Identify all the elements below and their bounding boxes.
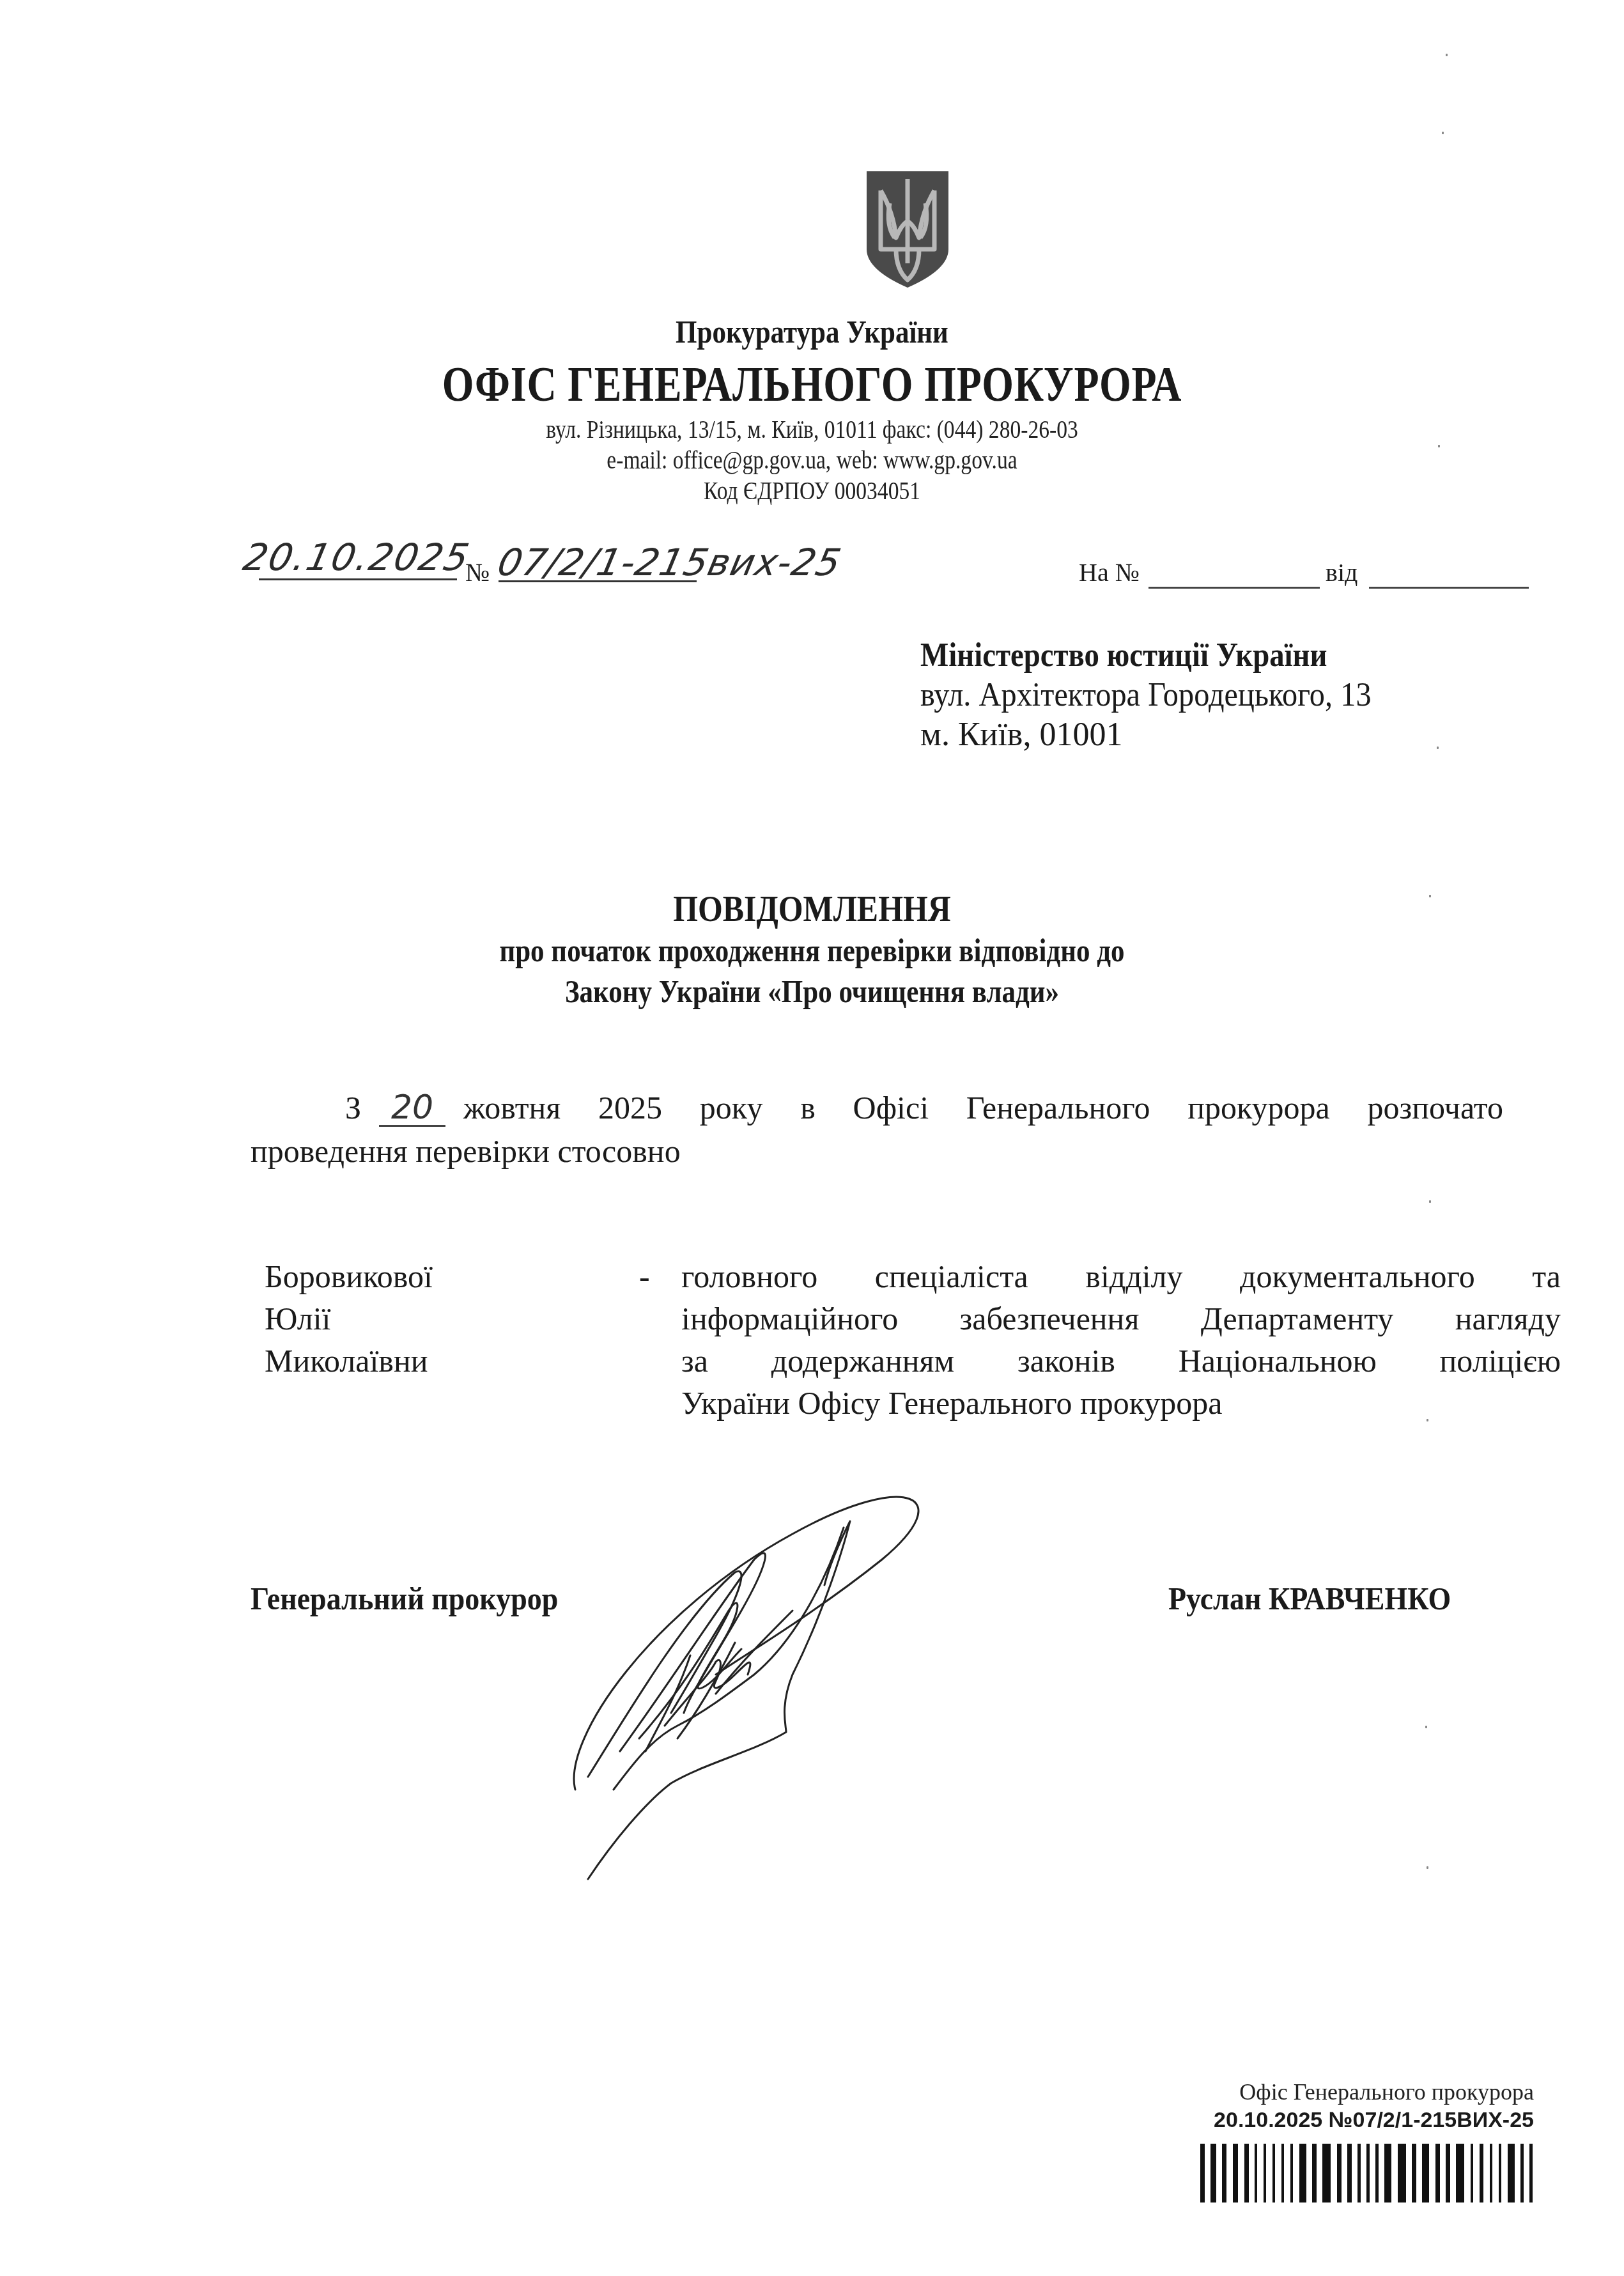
separator-dash: - bbox=[639, 1258, 650, 1295]
handwritten-day: 20 bbox=[379, 1090, 445, 1127]
barcode-bar bbox=[1312, 2144, 1317, 2202]
barcode-bar bbox=[1480, 2144, 1484, 2202]
barcode-bar bbox=[1272, 2144, 1275, 2202]
org-subtitle: Прокуратура України bbox=[114, 313, 1510, 350]
person-patronymic: Миколаївни bbox=[265, 1342, 428, 1379]
addressee-name: Міністерство юстиції України bbox=[920, 637, 1327, 674]
outgoing-date: 20.10.2025 bbox=[240, 536, 474, 579]
scan-speck bbox=[1437, 747, 1439, 749]
addressee-street: вул. Архітектора Городецького, 13 bbox=[920, 676, 1372, 714]
response-from-label: від bbox=[1326, 557, 1357, 587]
barcode-bar bbox=[1398, 2144, 1406, 2202]
body-line1-text: жовтня 2025 року в Офісі Генерального пр… bbox=[463, 1089, 1503, 1126]
scan-speck bbox=[1427, 1419, 1428, 1421]
signatory-role: Генеральний прокурор bbox=[251, 1580, 558, 1617]
position-line: за додержанням законів Національною полі… bbox=[681, 1342, 1561, 1379]
document-subtitle-line1: про початок проходження перевірки відпов… bbox=[114, 932, 1510, 969]
scan-speck bbox=[1429, 1200, 1431, 1203]
barcode-bar bbox=[1499, 2144, 1501, 2202]
barcode-bar bbox=[1384, 2144, 1391, 2202]
barcode-bar bbox=[1210, 2144, 1216, 2202]
barcode-bar bbox=[1264, 2144, 1266, 2202]
body-paragraph-line2: проведення перевірки стосовно bbox=[251, 1133, 681, 1170]
document-title: ПОВІДОМЛЕННЯ bbox=[114, 887, 1510, 930]
date-underline bbox=[259, 578, 457, 580]
scan-speck bbox=[1442, 132, 1444, 134]
barcode-bar bbox=[1375, 2144, 1378, 2202]
stamp-registration-number: 20.10.2025 №07/2/1-215ВИХ-25 bbox=[1202, 2108, 1534, 2133]
stamp-organization: Офіс Генерального прокурора bbox=[1202, 2079, 1534, 2105]
barcode-bar bbox=[1508, 2144, 1515, 2202]
org-address: вул. Різницька, 13/15, м. Київ, 01011 фа… bbox=[130, 414, 1494, 444]
org-code: Код ЄДРПОУ 00034051 bbox=[130, 476, 1494, 506]
person-first-name: Юлії bbox=[265, 1300, 330, 1337]
position-line: інформаційного забезпечення Департаменту… bbox=[681, 1300, 1561, 1337]
barcode-bar bbox=[1255, 2144, 1257, 2202]
barcode-bar bbox=[1471, 2144, 1473, 2202]
barcode-bar bbox=[1446, 2144, 1450, 2202]
barcode-bar bbox=[1299, 2144, 1306, 2202]
barcode-bar bbox=[1529, 2144, 1532, 2202]
scan-speck bbox=[1427, 1866, 1428, 1869]
barcode-bar bbox=[1412, 2144, 1416, 2202]
scan-speck bbox=[1425, 1726, 1427, 1728]
handwritten-signature-icon bbox=[524, 1483, 1214, 1930]
barcode-bar bbox=[1456, 2144, 1464, 2202]
barcode-bar bbox=[1244, 2144, 1249, 2202]
addressee-city: м. Київ, 01001 bbox=[920, 716, 1122, 754]
barcode-bar bbox=[1200, 2144, 1205, 2202]
outgoing-number: 07/2/1-215вих-25 bbox=[494, 541, 846, 584]
coat-of-arms-icon bbox=[864, 167, 951, 289]
body-paragraph-line1: З 20 жовтня 2025 року в Офісі Генерально… bbox=[345, 1089, 1503, 1127]
barcode-bar bbox=[1233, 2144, 1239, 2202]
scan-speck bbox=[1446, 54, 1448, 56]
barcode-bar bbox=[1347, 2144, 1352, 2202]
scan-speck bbox=[1438, 445, 1440, 447]
number-underline bbox=[499, 580, 697, 582]
document-subtitle-line2: Закону України «Про очищення влади» bbox=[114, 973, 1510, 1010]
barcode-bar bbox=[1366, 2144, 1369, 2202]
number-sign: № bbox=[465, 557, 490, 587]
barcode-bar bbox=[1422, 2144, 1429, 2202]
barcode-bar bbox=[1520, 2144, 1523, 2202]
response-number-blank bbox=[1148, 587, 1320, 589]
barcode-bar bbox=[1337, 2144, 1342, 2202]
org-title: ОФІС ГЕНЕРАЛЬНОГО ПРОКУРОРА bbox=[146, 355, 1478, 413]
barcode-bar bbox=[1281, 2144, 1284, 2202]
response-date-blank bbox=[1369, 587, 1529, 589]
barcode-bar bbox=[1435, 2144, 1440, 2202]
barcode-icon bbox=[1200, 2144, 1533, 2202]
position-line: головного спеціаліста відділу документал… bbox=[681, 1258, 1561, 1295]
barcode-bar bbox=[1222, 2144, 1226, 2202]
barcode-bar bbox=[1322, 2144, 1331, 2202]
response-number-label: На № bbox=[1079, 557, 1140, 587]
org-email-web: e-mail: office@gp.gov.ua, web: www.gp.go… bbox=[130, 445, 1494, 475]
person-surname: Боровикової bbox=[265, 1258, 433, 1295]
barcode-bar bbox=[1290, 2144, 1293, 2202]
scan-speck bbox=[1429, 895, 1431, 897]
barcode-bar bbox=[1357, 2144, 1360, 2202]
body-prefix: З bbox=[345, 1089, 361, 1126]
position-line: України Офісу Генерального прокурора bbox=[681, 1384, 1561, 1421]
barcode-bar bbox=[1490, 2144, 1492, 2202]
